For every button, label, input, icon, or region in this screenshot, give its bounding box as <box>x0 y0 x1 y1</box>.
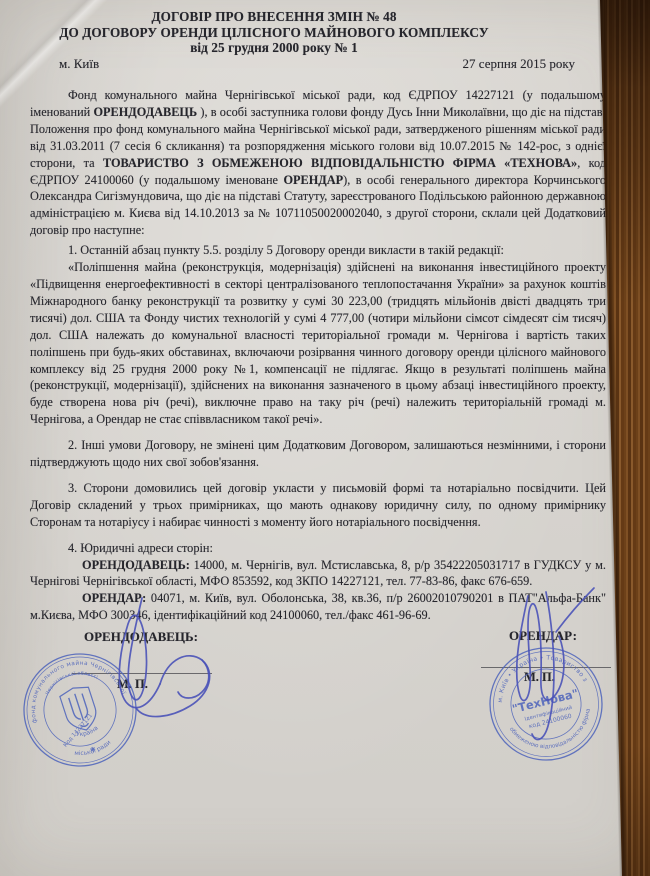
preamble-paragraph: Фонд комунального майна Чернігівської мі… <box>30 87 606 239</box>
clause-2: 2. Інші умови Договору, не змінені цим Д… <box>30 437 606 471</box>
lessor-stamp-inner-arc-text: Чернігівської області <box>41 664 100 697</box>
document-title-line2: ДО ДОГОВОРУ ОРЕНДИ ЦІЛІСНОГО МАЙНОВОГО К… <box>28 25 520 41</box>
lessor-defined-term: ОРЕНДОДАВЕЦЬ <box>93 105 197 119</box>
lessee-defined-term: ОРЕНДАР <box>283 173 343 187</box>
clause-3: 3. Сторони домовились цей договір укласт… <box>30 480 606 531</box>
document-body: Фонд комунального майна Чернігівської мі… <box>30 87 606 624</box>
photographed-document-scene: ДОГОВІР ПРО ВНЕСЕННЯ ЗМІН № 48 ДО ДОГОВО… <box>0 0 650 876</box>
document-title-line1: ДОГОВІР ПРО ВНЕСЕННЯ ЗМІН № 48 <box>28 9 520 25</box>
clause-1-quote: «Поліпшення майна (реконструкція, модерн… <box>30 259 606 428</box>
clause-1-intro: 1. Останній абзац пункту 5.5. розділу 5 … <box>30 242 606 259</box>
lessor-address-label: ОРЕНДОДАВЕЦЬ: <box>82 558 190 572</box>
document-place: м. Київ <box>59 56 99 72</box>
document-date: 27 серпня 2015 року <box>420 56 575 72</box>
lessor-handwritten-signature <box>98 592 228 742</box>
lessee-handwritten-signature <box>496 586 601 751</box>
clause-4-heading: 4. Юридичні адреси сторін: <box>30 540 606 557</box>
svg-text:Чернігівської області: Чернігівської області <box>41 664 100 697</box>
document-page: ДОГОВІР ПРО ВНЕСЕННЯ ЗМІН № 48 ДО ДОГОВО… <box>0 0 650 876</box>
document-header: ДОГОВІР ПРО ВНЕСЕННЯ ЗМІН № 48 ДО ДОГОВО… <box>28 9 520 56</box>
document-title-line3: від 25 грудня 2000 року № 1 <box>28 40 520 56</box>
company-name: ТОВАРИСТВО З ОБМЕЖЕНОЮ ВІДПОВІДАЛЬНІСТЮ … <box>103 156 577 170</box>
